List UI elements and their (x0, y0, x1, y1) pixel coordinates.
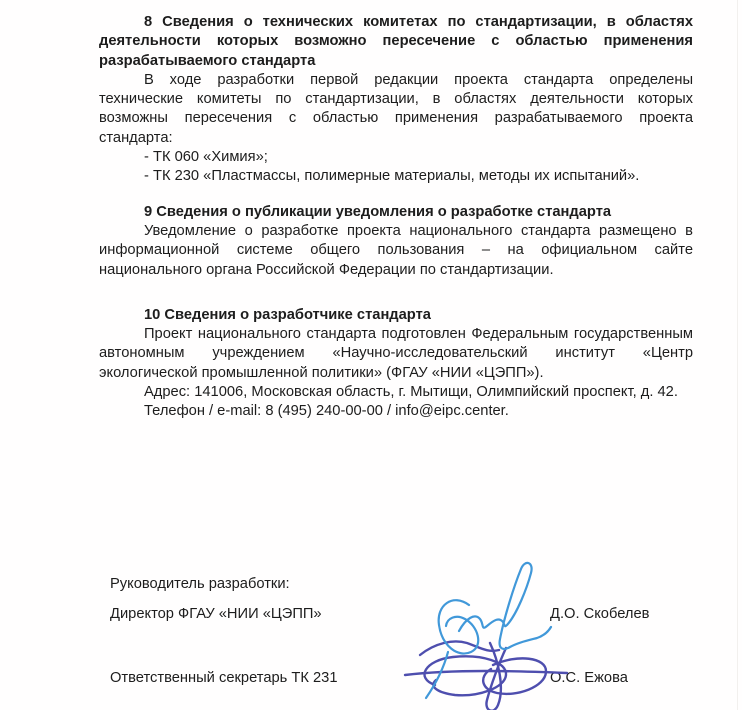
section-10-paragraph: Проект национального стандарта подготовл… (99, 325, 693, 383)
director-role-label: Директор ФГАУ «НИИ «ЦЭПП» (110, 606, 322, 622)
section-8-paragraph: В ходе разработки первой редакции проект… (99, 71, 693, 148)
scan-edge-artifact (737, 0, 738, 710)
handwritten-signatures (395, 555, 595, 710)
document-page: 8 Сведения о технических комитетах по ст… (0, 0, 742, 710)
section-10-heading: 10 Сведения о разработчике стандарта (99, 306, 693, 325)
skobelev-signature-ink (426, 563, 551, 698)
committee-list-item-tk060: - ТК 060 «Химия»; (99, 148, 693, 167)
ezhova-signature-ink (405, 642, 567, 710)
section-9-heading: 9 Сведения о публикации уведомления о ра… (99, 203, 693, 222)
section-9: 9 Сведения о публикации уведомления о ра… (99, 203, 693, 280)
developer-contact-line: Телефон / e-mail: 8 (495) 240-00-00 / in… (99, 402, 693, 421)
document-content: 8 Сведения о технических комитетах по ст… (99, 13, 693, 422)
section-8-heading: 8 Сведения о технических комитетах по ст… (99, 13, 693, 71)
section-10: 10 Сведения о разработчике стандарта Про… (99, 306, 693, 422)
secretary-role-label: Ответственный секретарь ТК 231 (110, 670, 338, 686)
developer-address-line: Адрес: 141006, Московская область, г. Мы… (99, 383, 693, 402)
section-8: 8 Сведения о технических комитетах по ст… (99, 13, 693, 187)
committee-list-item-tk230: - ТК 230 «Пластмассы, полимерные материа… (99, 167, 693, 186)
section-9-paragraph: Уведомление о разработке проекта национа… (99, 222, 693, 280)
